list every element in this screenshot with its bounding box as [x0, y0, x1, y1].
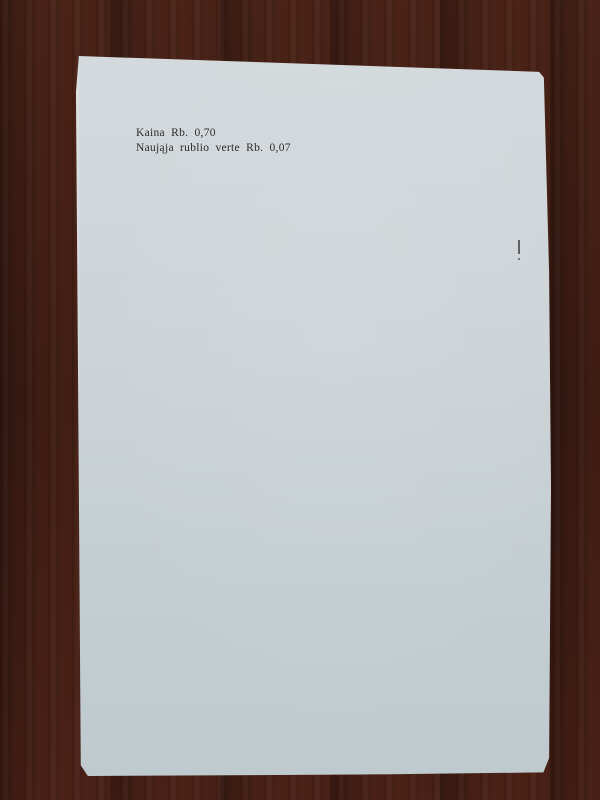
price-line-1: Kaina Rb. 0,70: [136, 126, 291, 141]
ink-mark: [518, 240, 520, 254]
price-text-block: Kaina Rb. 0,70 Naująja rublio verte Rb. …: [136, 126, 291, 156]
ink-dot: [518, 258, 520, 260]
book-back-cover: [76, 56, 551, 776]
price-line-2: Naująja rublio verte Rb. 0,07: [136, 141, 291, 156]
